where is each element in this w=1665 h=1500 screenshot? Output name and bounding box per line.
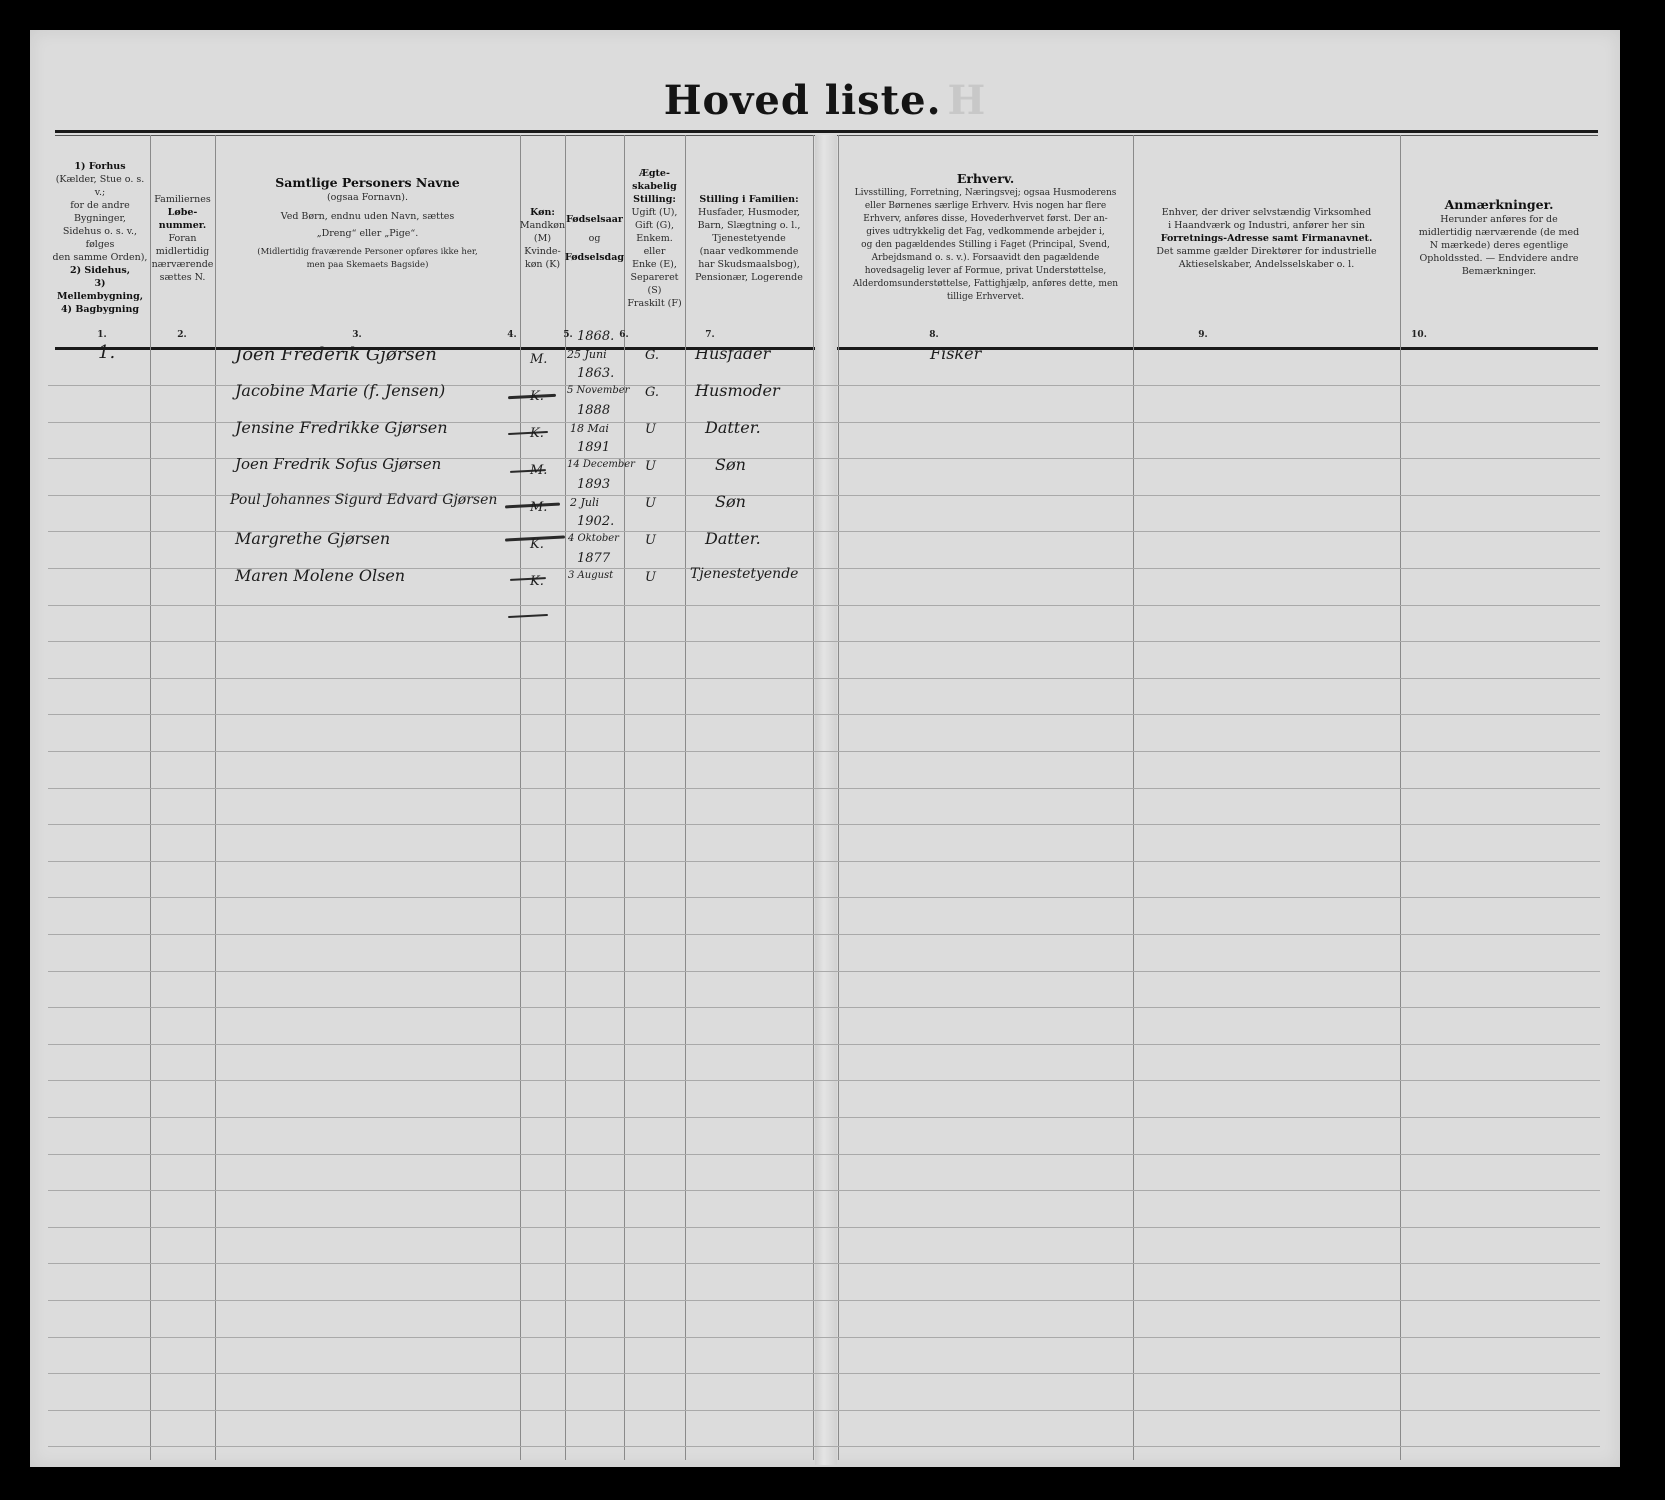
header-line: Foran (168, 232, 196, 245)
header-line: nummer. (159, 219, 206, 232)
ruled-line (48, 1263, 1600, 1264)
header-line: Alderdomsunderstøttelse, Fattighjælp, an… (853, 278, 1118, 291)
person-sex: K. (530, 426, 544, 441)
header-line: Familiernes (154, 193, 211, 206)
ruled-line (48, 1300, 1600, 1301)
header-line: Sidehus o. s. v., følges (50, 225, 150, 251)
ruled-line (48, 934, 1600, 935)
person-family-role: Tjenestetyende (690, 566, 798, 582)
column-number: 5. (563, 330, 572, 340)
header-line: Erhverv, anføres disse, Hovederhvervet f… (863, 213, 1107, 226)
ruled-line (48, 1337, 1600, 1338)
person-family-role: Datter. (705, 529, 761, 548)
header-line: Forretnings-Adresse samt Firmanavnet. (1161, 232, 1373, 245)
person-sex: K. (530, 389, 544, 404)
header-line: „Dreng“ eller „Pige“. (317, 227, 419, 240)
header-col-6: Ægte- skabelig Stilling: Ugift (U), Gift… (624, 138, 685, 338)
person-marital-status: U (645, 422, 656, 437)
header-line: (Kælder, Stue o. s. v.; (50, 173, 150, 199)
person-birth-year: 1893 (577, 477, 610, 492)
header-line: har Skudsmaalsbog), (698, 258, 800, 271)
header-title: Erhverv. (957, 172, 1014, 185)
header-line: Stilling: (633, 193, 676, 206)
header-line: (naar vedkommende (700, 245, 799, 258)
header-line: Tjenestetyende (712, 232, 786, 245)
column-number: 2. (177, 330, 186, 340)
person-name: Jensine Fredrikke Gjørsen (235, 418, 448, 437)
page-fold (815, 135, 837, 1465)
building-number: 1. (98, 342, 115, 363)
person-family-role: Datter. (705, 418, 761, 437)
person-birth-year: 1863. (577, 366, 614, 381)
ruled-line (48, 678, 1600, 679)
person-family-role: Husfader (695, 344, 770, 363)
header-line: Ved Børn, endnu uden Navn, sættes (281, 210, 455, 223)
header-top-rule (55, 130, 1598, 133)
person-birth-year: 1891 (577, 440, 610, 455)
person-sex: K. (530, 537, 544, 552)
ruled-line (48, 1007, 1600, 1008)
header-col-10: Anmærkninger. Herunder anføres for de mi… (1400, 138, 1598, 338)
person-sex: M. (530, 352, 547, 367)
header-line: Fødselsdag (565, 251, 624, 264)
person-marital-status: U (645, 533, 656, 548)
ruled-line (48, 861, 1600, 862)
header-col-2: Familiernes Løbe- nummer. Foran midlerti… (150, 138, 215, 338)
header-line: Herunder anføres for de (1440, 213, 1558, 226)
person-sex: M. (530, 463, 547, 478)
column-number: 10. (1411, 330, 1427, 340)
header-line: Ugift (U), (632, 206, 678, 219)
header-title: Samtlige Personers Navne (275, 176, 460, 189)
header-col-7: Stilling i Familien: Husfader, Husmoder,… (685, 138, 813, 338)
page-title: Hoved liste.H (30, 77, 1620, 124)
person-name: Margrethe Gjørsen (235, 529, 390, 548)
header-line: Det samme gælder Direktører for industri… (1156, 245, 1376, 258)
header-line: Pensionær, Logerende (695, 271, 803, 284)
header-line: (M) (534, 232, 551, 245)
column-number: 9. (1198, 330, 1207, 340)
header-line: Kvinde- (524, 245, 561, 258)
header-line: 4) Bagbygning (61, 303, 139, 316)
column-number: 7. (705, 330, 714, 340)
census-sheet: Hoved liste.H 1) Forhus (Kælder, Stue o.… (30, 30, 1620, 1467)
header-line: Ægte- (639, 167, 670, 180)
header-line: og (589, 232, 601, 245)
header-line: Enkem. eller (624, 232, 685, 258)
ruled-line (48, 1190, 1600, 1191)
person-marital-status: U (645, 570, 656, 585)
person-marital-status: G. (645, 385, 659, 400)
header-line: Bemærkninger. (1462, 265, 1536, 278)
ruled-line (48, 1373, 1600, 1374)
header-line: 2) Sidehus, (70, 264, 130, 277)
header-line: (S) (648, 284, 662, 297)
person-family-role: Søn (715, 455, 746, 474)
person-sex: M. (530, 500, 547, 515)
header-line: den samme Orden), (53, 251, 148, 264)
person-sex: K. (530, 574, 544, 589)
person-marital-status: U (645, 459, 656, 474)
header-line: 3) Mellembygning, (50, 277, 150, 303)
header-line: midlertidig nærværende (de med (1419, 226, 1579, 239)
ruled-line (48, 788, 1600, 789)
header-line: men paa Skemaets Bagside) (307, 259, 429, 272)
header-line: Husfader, Husmoder, (698, 206, 800, 219)
column-number: 3. (352, 330, 361, 340)
row-separator-mark (508, 614, 548, 618)
ruled-line (48, 1080, 1600, 1081)
ruled-line (48, 1446, 1600, 1447)
ruled-line (48, 1410, 1600, 1411)
ruled-line (48, 897, 1600, 898)
person-name: Maren Molene Olsen (235, 566, 405, 585)
person-occupation: Fisker (930, 344, 981, 363)
header-col-4: Køn: Mandkøn (M) Kvinde- køn (K) (520, 138, 565, 338)
column-number: 1. (97, 330, 106, 340)
header-line: gives udtrykkelig det Fag, vedkommende a… (866, 226, 1104, 239)
ruled-line (48, 971, 1600, 972)
person-family-role: Husmoder (695, 381, 780, 400)
ruled-line (48, 1117, 1600, 1118)
person-birth-year: 1868. (577, 329, 614, 344)
ruled-line (48, 751, 1600, 752)
person-marital-status: G. (645, 348, 659, 363)
column-number: 6. (619, 330, 628, 340)
header-line: midlertidig (156, 245, 209, 258)
person-birth-day: 18 Mai (570, 422, 609, 435)
title-text: Hoved liste. (664, 77, 942, 124)
person-birth-day: 3 August (568, 570, 613, 581)
header-col-3: Samtlige Personers Navne (ogsaa Fornavn)… (215, 138, 520, 338)
header-line: Stilling i Familien: (699, 193, 798, 206)
column-number: 8. (929, 330, 938, 340)
header-line: (ogsaa Fornavn). (327, 191, 408, 204)
header-title: Anmærkninger. (1445, 198, 1554, 211)
header-line: for de andre Bygninger, (50, 199, 150, 225)
header-line: 1) Forhus (74, 160, 125, 173)
ruled-line (48, 824, 1600, 825)
ruled-line (48, 714, 1600, 715)
header-col-1: 1) Forhus (Kælder, Stue o. s. v.; for de… (50, 138, 150, 338)
header-line: (Midlertidig fraværende Personer opføres… (257, 246, 478, 259)
header-line: skabelig (632, 180, 677, 193)
header-line: køn (K) (525, 258, 560, 271)
header-line: nærværende (152, 258, 214, 271)
header-line: Livsstilling, Forretning, Næringsvej; og… (855, 187, 1117, 200)
person-birth-day: 2 Juli (570, 496, 599, 509)
person-name: Jacobine Marie (f. Jensen) (235, 381, 445, 400)
person-birth-year: 1888 (577, 403, 610, 418)
header-col-8: Erhverv. Livsstilling, Forretning, Nærin… (838, 138, 1133, 338)
header-line: Fødselsaar (566, 213, 623, 226)
header-line: Barn, Slægtning o. l., (698, 219, 801, 232)
header-line: sættes N. (160, 271, 206, 284)
person-name: Poul Johannes Sigurd Edvard Gjørsen (230, 492, 497, 508)
column-number: 4. (507, 330, 516, 340)
header-line: Opholdssted. — Endvidere andre (1419, 252, 1578, 265)
person-name: Joen Fredrik Sofus Gjørsen (235, 455, 441, 473)
header-line: Gift (G), (635, 219, 674, 232)
header-line: eller Børnenes særlige Erhverv. Hvis nog… (865, 200, 1106, 213)
ruled-line (48, 1154, 1600, 1155)
header-col-9: Enhver, der driver selvstændig Virksomhe… (1133, 138, 1400, 338)
header-line: i Haandværk og Industri, anfører her sin (1168, 219, 1365, 232)
bleed-through-letter: H (948, 77, 987, 124)
person-birth-year: 1877 (577, 551, 610, 566)
header-line: Fraskilt (F) (627, 297, 681, 310)
header-col-5: Fødselsaar og Fødselsdag (565, 138, 624, 338)
header-line: Arbejdsmand o. s. v.). Forsaavidt den pa… (872, 252, 1100, 265)
header-line: tillige Erhvervet. (947, 291, 1024, 304)
column-divider (813, 135, 814, 1460)
ruled-line (48, 641, 1600, 642)
person-birth-day: 4 Oktober (568, 533, 619, 544)
header-line: og den pagældendes Stilling i Faget (Pri… (861, 239, 1110, 252)
ruled-line (48, 605, 1600, 606)
person-birth-day: 25 Juni (567, 348, 607, 361)
header-line: Enke (E), (632, 258, 677, 271)
person-birth-day: 14 December (567, 459, 635, 470)
header-line: Aktieselskaber, Andelsselskaber o. l. (1179, 258, 1355, 271)
person-marital-status: U (645, 496, 656, 511)
header-line: Køn: (530, 206, 555, 219)
ruled-line (48, 1227, 1600, 1228)
header-line: hovedsagelig lever af Formue, privat Und… (865, 265, 1107, 278)
header-line: Separeret (630, 271, 678, 284)
person-name: Joen Frederik Gjørsen (235, 344, 437, 365)
header-line: Mandkøn (520, 219, 565, 232)
person-birth-year: 1902. (577, 514, 614, 529)
header-line: Løbe- (168, 206, 198, 219)
header-line: N mærkede) deres egentlige (1430, 239, 1568, 252)
person-family-role: Søn (715, 492, 746, 511)
ruled-line (48, 1044, 1600, 1045)
header-line: Enhver, der driver selvstændig Virksomhe… (1162, 206, 1372, 219)
person-birth-day: 5 November (567, 385, 629, 396)
